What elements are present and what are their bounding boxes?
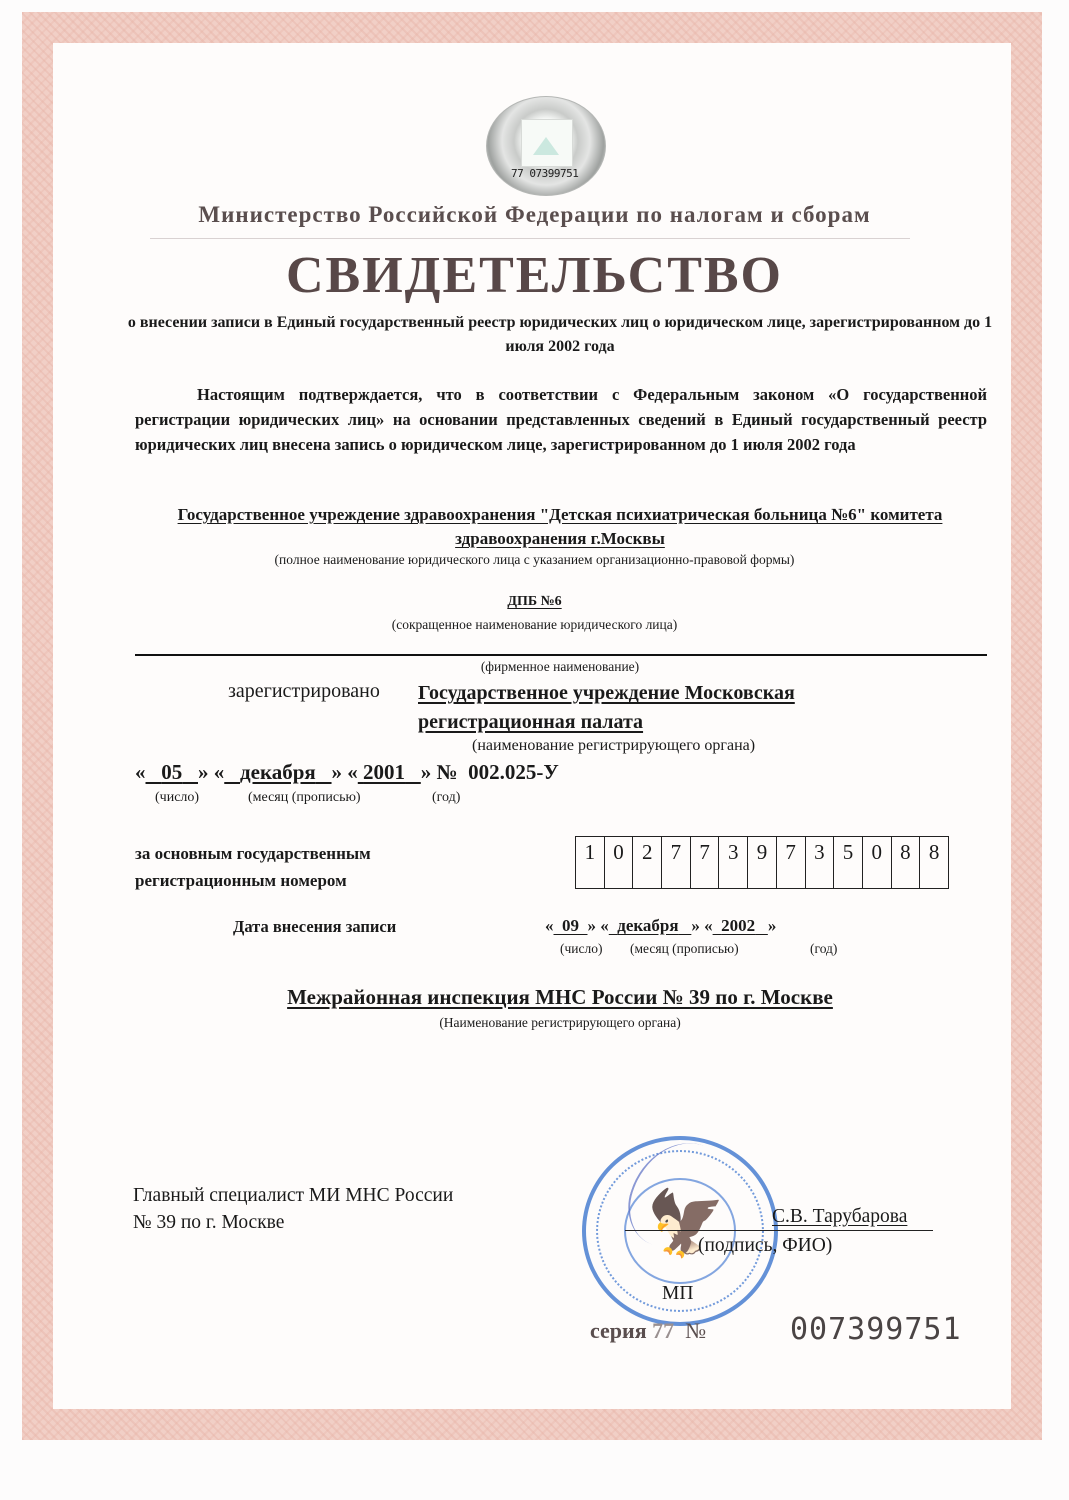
ogrn-label: за основным государственным регистрацион… (135, 840, 371, 894)
ogrn-digit-cell: 7 (691, 837, 720, 888)
ogrn-digit-cell: 7 (777, 837, 806, 888)
entity-full-name: Государственное учреждение здравоохранен… (140, 503, 980, 551)
entry-month-caption: (месяц (прописью) (630, 941, 739, 957)
registration-day: 05 (146, 760, 199, 784)
ogrn-label-line1: за основным государственным (135, 840, 371, 867)
ogrn-digit-cell: 8 (892, 837, 921, 888)
registration-number: 002.025-У (468, 760, 559, 784)
entity-short-name-caption: (сокращенное наименование юридического л… (0, 617, 1069, 633)
entry-day: 09 (554, 916, 588, 935)
registration-year-caption: (год) (432, 790, 460, 806)
ministry-divider (150, 238, 910, 239)
specialist-position-line2: № 39 по г. Москве (133, 1209, 453, 1236)
entry-date-label: Дата внесения записи (233, 917, 396, 937)
ogrn-digit-cell: 5 (834, 837, 863, 888)
entry-year-caption: (год) (810, 941, 837, 957)
confirmation-text: Настоящим подтверждается, что в соответс… (135, 382, 987, 457)
ogrn-digit-cell: 1 (576, 837, 605, 888)
registering-authority-line1: Государственное учреждение Московская (418, 679, 795, 708)
document-subtitle: о внесении записи в Единый государственн… (120, 311, 1000, 359)
registering-authority-line2: регистрационная палата (418, 708, 795, 737)
ogrn-digit-cell: 0 (605, 837, 634, 888)
seal-label: МП (662, 1283, 693, 1305)
signature-caption: (подпись, ФИО) (698, 1235, 832, 1257)
registration-year: 2001 (358, 760, 421, 784)
inspection-caption: (Наименование регистрирующего органа) (0, 1015, 1069, 1031)
entity-short-name: ДПБ №6 (0, 594, 1069, 610)
registering-authority: Государственное учреждение Московская ре… (418, 679, 795, 737)
firm-name-line (135, 654, 987, 656)
form-series: серия 77 № (590, 1318, 706, 1344)
signer-name: С.В. Тарубарова (772, 1206, 907, 1228)
form-number: 007399751 (790, 1312, 962, 1347)
ogrn-digit-cell: 2 (633, 837, 662, 888)
inspection-name: Межрайонная инспекция МНС России № 39 по… (0, 985, 1069, 1010)
ogrn-digit-cell: 9 (748, 837, 777, 888)
registration-month: декабря (224, 760, 331, 784)
registration-month-caption: (месяц (прописью) (248, 790, 361, 806)
ogrn-digit-cell: 8 (920, 837, 948, 888)
firm-name-caption: (фирменное наименование) (0, 659, 1069, 675)
entry-month: декабря (609, 916, 692, 935)
ogrn-digit-cell: 3 (806, 837, 835, 888)
registration-day-caption: (число) (155, 790, 199, 806)
hologram-sticker: 77 07399751 (486, 96, 606, 196)
specialist-position-line1: Главный специалист МИ МНС России (133, 1182, 453, 1209)
entry-year: 2002 (713, 916, 768, 935)
hologram-number: 77 07399751 (511, 167, 578, 180)
ogrn-digit-cell: 7 (662, 837, 691, 888)
ogrn-label-line2: регистрационным номером (135, 867, 371, 894)
entry-date: « 09 » « декабря » « 2002 » (545, 916, 776, 936)
ogrn-number-grid: 1027739735088 (575, 836, 949, 889)
registering-authority-caption: (наименование регистрирующего органа) (472, 737, 755, 755)
ministry-name: Министерство Российской Федерации по нал… (0, 202, 1069, 228)
document-title: СВИДЕТЕЛЬСТВО (0, 246, 1069, 305)
entry-day-caption: (число) (560, 941, 602, 957)
signature-line (625, 1230, 933, 1231)
registered-label: зарегистрировано (228, 680, 380, 703)
specialist-position: Главный специалист МИ МНС России № 39 по… (133, 1182, 453, 1236)
registration-date: « 05 » « декабря » « 2001 » № 002.025-У (135, 760, 559, 785)
hologram-triangle-icon (533, 137, 559, 155)
ogrn-digit-cell: 3 (719, 837, 748, 888)
ogrn-digit-cell: 0 (863, 837, 892, 888)
entity-full-name-caption: (полное наименование юридического лица с… (0, 552, 1069, 568)
